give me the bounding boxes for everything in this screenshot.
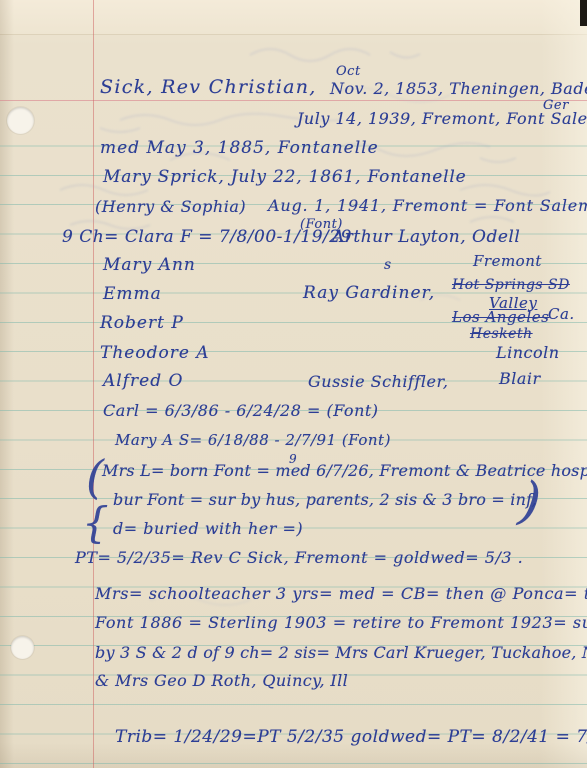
robert-city-struck: Los Angeles bbox=[452, 308, 549, 326]
child-theodore: Theodore A bbox=[100, 343, 210, 363]
subject-name: Sick, Rev Christian, bbox=[100, 76, 317, 98]
scan-corner-artifact bbox=[580, 0, 587, 26]
mary-ann-city: Fremont bbox=[473, 252, 542, 270]
emma-city-struck: Hot Springs SD bbox=[452, 277, 570, 293]
child-alfred: Alfred O bbox=[103, 371, 183, 391]
theodore-city: Lincoln bbox=[496, 343, 560, 362]
child-mary-as: Mary A S= 6/18/88 - 2/7/91 (Font) bbox=[115, 431, 391, 449]
mary-ann-status: s bbox=[384, 257, 392, 273]
robert-city-struck-2: Hesketh bbox=[470, 326, 533, 342]
child-mary-ann: Mary Ann bbox=[103, 255, 196, 275]
bio-line-3: by 3 S & 2 d of 9 ch= 2 sis= Mrs Carl Kr… bbox=[95, 643, 587, 662]
child-emma: Emma bbox=[103, 284, 162, 304]
alfred-spouse: Gussie Schiffler, bbox=[308, 372, 448, 391]
child-clara: 9 Ch= Clara F = 7/8/00-1/19/29 bbox=[62, 227, 352, 247]
note-line-3: d= buried with her =) bbox=[113, 519, 303, 538]
note-brace: { bbox=[82, 498, 109, 547]
child-robert: Robert P bbox=[100, 313, 184, 333]
margin-rule-line bbox=[93, 0, 94, 768]
robert-city-suffix: Ca. bbox=[548, 305, 575, 323]
pt-source-line: PT= 5/2/35= Rev C Sick, Fremont = goldwe… bbox=[75, 548, 523, 567]
punch-hole-bottom bbox=[11, 636, 34, 659]
birth-month-correction: Oct bbox=[336, 64, 361, 79]
head-rule-line bbox=[0, 100, 587, 101]
punch-hole-top bbox=[7, 107, 34, 134]
scanned-note-page: Sick, Rev Christian, Oct Nov. 2, 1853, T… bbox=[0, 0, 587, 768]
bio-line-4: & Mrs Geo D Roth, Quincy, Ill bbox=[95, 671, 348, 690]
child-carl: Carl = 6/3/86 - 6/24/28 = (Font) bbox=[103, 401, 379, 420]
emma-spouse: Ray Gardiner, bbox=[303, 283, 435, 303]
note-superscript-9: 9 bbox=[289, 452, 297, 466]
wife-parents: (Henry & Sophia) bbox=[95, 197, 246, 216]
marriage-line: med May 3, 1885, Fontanelle bbox=[100, 138, 379, 158]
sources-line: Trib= 1/24/29=PT 5/2/35 goldwed= PT= 8/2… bbox=[115, 727, 587, 747]
wife-death: Aug. 1, 1941, Fremont = Font Salem bbox=[268, 196, 587, 215]
clara-spouse: Arthur Layton, Odell bbox=[332, 227, 520, 247]
alfred-city: Blair bbox=[499, 369, 541, 388]
bio-line-2: Font 1886 = Sterling 1903 = retire to Fr… bbox=[95, 613, 587, 632]
wife-line: Mary Sprick, July 22, 1861, Fontanelle bbox=[103, 167, 466, 187]
death-date-place: July 14, 1939, Fremont, Font Salem bbox=[297, 109, 587, 128]
bio-line-1: Mrs= schoolteacher 3 yrs= med = CB= then… bbox=[95, 584, 587, 603]
paper-top-edge bbox=[0, 0, 587, 35]
note-line-2: bur Font = sur by hus, parents, 2 sis & … bbox=[113, 490, 537, 509]
note-line-1: Mrs L= born Font = med 6/7/26, Fremont &… bbox=[102, 461, 587, 480]
birth-date-place: Nov. 2, 1853, Theningen, Baden bbox=[330, 79, 587, 98]
